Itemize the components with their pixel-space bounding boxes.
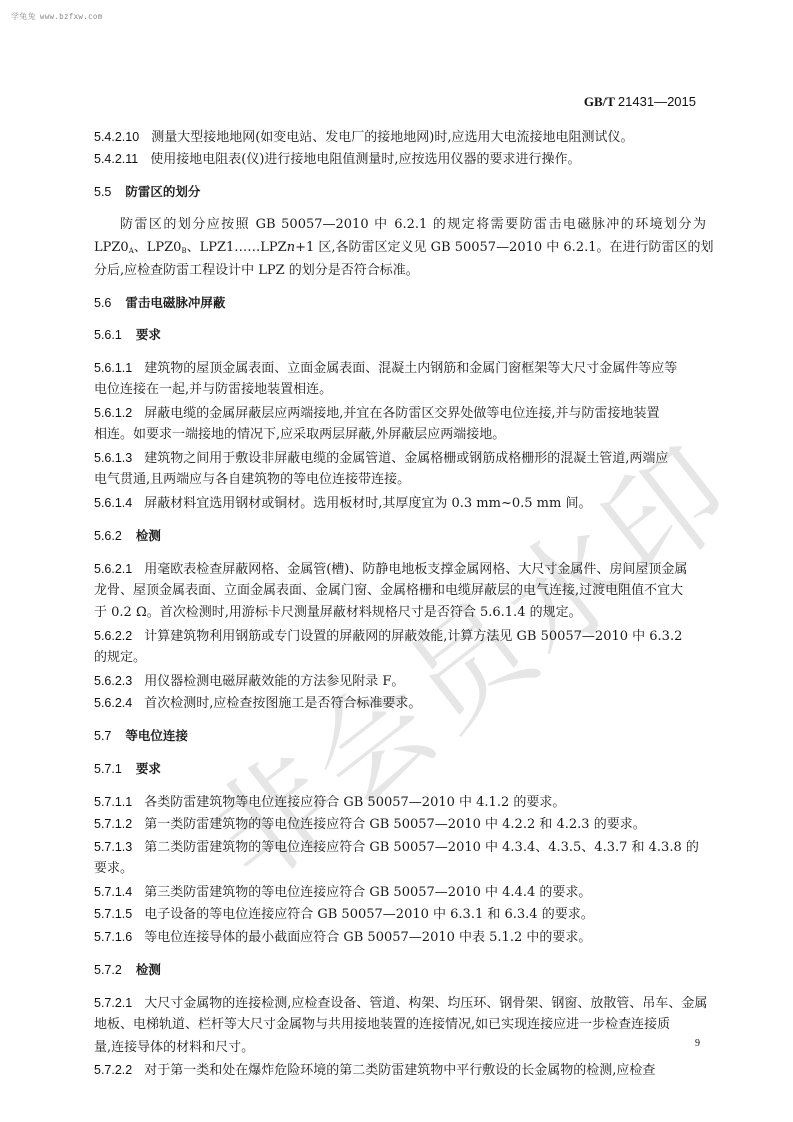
clause-text: 屏蔽材料宜选用钢材或铜材。选用板材时,其厚度宜为 0.3 mm~0.5 mm 间… bbox=[144, 496, 591, 511]
clause-number: 5.6.1.1 bbox=[94, 361, 132, 375]
clause-text: 等电位连接导体的最小截面应符合 GB 50057—2010 中表 5.1.2 中… bbox=[144, 930, 591, 945]
site-name: 学兔兔 bbox=[11, 12, 36, 21]
clause-number: 5.6.1.2 bbox=[94, 406, 132, 420]
clause-number: 5.7.2.2 bbox=[94, 1063, 132, 1077]
section-title: 检测 bbox=[136, 962, 161, 977]
section-title: 雷击电磁脉冲屏蔽 bbox=[125, 295, 225, 310]
clause-text: 测量大型接地地网(如变电站、发电厂的接地地网)时,应选用大电流接地电阻测试仪。 bbox=[151, 130, 633, 145]
clause-5-7-1-3: 5.7.1.3第二类防雷建筑物的等电位连接应符合 GB 50057—2010 中… bbox=[94, 836, 699, 860]
clause-number: 5.7.1.5 bbox=[94, 907, 132, 921]
clause-5-7-2-2: 5.7.2.2对于第一类和处在爆炸危险环境的第二类防雷建筑物中平行敷设的长金属物… bbox=[94, 1059, 655, 1083]
clause-text: 第一类防雷建筑物的等电位连接应符合 GB 50057—2010 中 4.2.2 … bbox=[144, 817, 645, 832]
clause-5-7-1-4: 5.7.1.4第三类防雷建筑物的等电位连接应符合 GB 50057—2010 中… bbox=[94, 881, 591, 905]
clause-text: 用毫欧表检查屏蔽网格、金属管(槽)、防静电地板支撑金属网格、大尺寸金属件、房间屋… bbox=[144, 562, 687, 577]
standard-code-header: GB/T 21431—2015 bbox=[584, 94, 696, 110]
site-tag: 学兔兔www.bzfxw.com bbox=[11, 11, 103, 22]
section-number: 5.7.1 bbox=[94, 762, 122, 776]
clause-text: 建筑物的屋顶金属表面、立面金属表面、混凝土内钢筋和金属门窗框架等大尺寸金属件等应… bbox=[144, 361, 677, 376]
clause-number: 5.4.2.11 bbox=[94, 152, 138, 166]
clause-number: 5.6.1.4 bbox=[94, 496, 132, 510]
clause-number: 5.4.2.10 bbox=[94, 130, 139, 144]
section-heading-5-6-1: 5.6.1要求 bbox=[94, 324, 161, 347]
section-heading-5-6: 5.6雷击电磁脉冲屏蔽 bbox=[94, 292, 225, 315]
paragraph-5-5-line-2: LPZ0A、LPZ0B、LPZ1……LPZn+1 区,各防雷区定义见 GB 50… bbox=[94, 237, 706, 263]
paragraph-5-5-line-3: 分后,应检查防雷工程设计中 LPZ 的划分是否符合标准。 bbox=[94, 260, 419, 283]
clause-5-6-1-3-cont: 电气贯通,且两端应与各自建筑物的等电位连接带连接。 bbox=[94, 469, 410, 492]
clause-number: 5.7.1.2 bbox=[94, 817, 132, 831]
clause-5-6-2-1-cont-2: 于 0.2 Ω。首次检测时,用游标卡尺测量屏蔽材料规格尺寸是否符合 5.6.1.… bbox=[94, 602, 582, 625]
text: LPZ0 bbox=[94, 240, 129, 255]
clause-5-6-1-4: 5.6.1.4屏蔽材料宜选用钢材或铜材。选用板材时,其厚度宜为 0.3 mm~0… bbox=[94, 492, 591, 516]
clause-5-7-1-6: 5.7.1.6等电位连接导体的最小截面应符合 GB 50057—2010 中表 … bbox=[94, 926, 591, 950]
section-number: 5.7 bbox=[94, 729, 111, 743]
clause-5-7-2-1-cont-1: 地板、电梯轨道、栏杆等大尺寸金属物与共用接地装置的连接情况,如已实现连接应进一步… bbox=[94, 1014, 670, 1037]
section-number: 5.6.2 bbox=[94, 529, 122, 543]
section-title: 防雷区的划分 bbox=[125, 184, 200, 199]
section-number: 5.6 bbox=[94, 296, 111, 310]
clause-number: 5.6.2.4 bbox=[94, 696, 132, 710]
section-title: 检测 bbox=[136, 528, 161, 543]
page-number: 9 bbox=[695, 1038, 700, 1049]
site-url: www.bzfxw.com bbox=[40, 12, 103, 21]
clause-5-6-1-2-cont: 相连。如要求一端接地的情况下,应采取两层屏蔽,外屏蔽层应两端接地。 bbox=[94, 424, 505, 447]
section-number: 5.5 bbox=[94, 185, 111, 199]
section-heading-5-7: 5.7等电位连接 bbox=[94, 725, 188, 748]
section-title: 等电位连接 bbox=[125, 728, 188, 743]
clause-5-7-1-2: 5.7.1.2第一类防雷建筑物的等电位连接应符合 GB 50057—2010 中… bbox=[94, 813, 646, 837]
clause-5-6-2-1-cont-1: 龙骨、屋顶金属表面、立面金属表面、金属门窗、金属格栅和电缆屏蔽层的电气连接,过渡… bbox=[94, 580, 683, 603]
clause-5-7-1-3-cont: 要求。 bbox=[94, 858, 133, 881]
clause-text: 第三类防雷建筑物的等电位连接应符合 GB 50057—2010 中 4.4.4 … bbox=[144, 885, 591, 900]
text: 、LPZ1……LPZ bbox=[187, 240, 287, 255]
standard-number: 21431—2015 bbox=[618, 94, 696, 109]
clause-5-6-2-3: 5.6.2.3用仪器检测电磁屏蔽效能的方法参见附录 F。 bbox=[94, 670, 404, 694]
section-number: 5.6.1 bbox=[94, 328, 122, 342]
clause-5-4-2-10: 5.4.2.10测量大型接地地网(如变电站、发电厂的接地地网)时,应选用大电流接… bbox=[94, 126, 633, 150]
clause-5-6-1-3: 5.6.1.3建筑物之间用于敷设非屏蔽电缆的金属管道、金属格栅或钢筋成格栅形的混… bbox=[94, 447, 668, 471]
standard-prefix: GB/T bbox=[584, 94, 615, 109]
clause-number: 5.6.1.3 bbox=[94, 451, 132, 465]
clause-number: 5.6.2.1 bbox=[94, 562, 132, 576]
text: 、LPZ0 bbox=[134, 240, 182, 255]
clause-text: 电子设备的等电位连接应符合 GB 50057—2010 中 6.3.1 和 6.… bbox=[144, 907, 593, 922]
clause-number: 5.7.1.4 bbox=[94, 885, 132, 899]
section-title: 要求 bbox=[136, 761, 161, 776]
clause-5-6-1-2: 5.6.1.2屏蔽电缆的金属屏蔽层应两端接地,并宜在各防雷区交界处做等电位连接,… bbox=[94, 402, 660, 426]
clause-5-6-1-1-cont: 电位连接在一起,并与防雷接地装置相连。 bbox=[94, 379, 332, 402]
section-number: 5.7.2 bbox=[94, 963, 122, 977]
clause-number: 5.6.2.3 bbox=[94, 674, 132, 688]
text: +1 区,各防雷区定义见 GB 50057—2010 中 6.2.1。在进行防雷… bbox=[295, 240, 713, 255]
clause-number: 5.7.1.3 bbox=[94, 840, 132, 854]
clause-text: 用仪器检测电磁屏蔽效能的方法参见附录 F。 bbox=[144, 674, 404, 689]
clause-text: 计算建筑物利用钢筋或专门设置的屏蔽网的屏蔽效能,计算方法见 GB 50057—2… bbox=[144, 629, 682, 644]
section-title: 要求 bbox=[136, 327, 161, 342]
clause-number: 5.7.2.1 bbox=[94, 996, 132, 1010]
clause-number: 5.7.1.6 bbox=[94, 930, 132, 944]
clause-5-7-2-1: 5.7.2.1大尺寸金属物的连接检测,应检查设备、管道、构架、均压环、钢骨架、钢… bbox=[94, 992, 707, 1016]
clause-5-7-1-5: 5.7.1.5电子设备的等电位连接应符合 GB 50057—2010 中 6.3… bbox=[94, 903, 594, 927]
clause-text: 各类防雷建筑物等电位连接应符合 GB 50057—2010 中 4.1.2 的要… bbox=[144, 795, 565, 810]
clause-5-6-2-2: 5.6.2.2计算建筑物利用钢筋或专门设置的屏蔽网的屏蔽效能,计算方法见 GB … bbox=[94, 625, 682, 649]
clause-5-4-2-11: 5.4.2.11使用接地电阻表(仪)进行接地电阻值测量时,应按选用仪器的要求进行… bbox=[94, 148, 581, 172]
clause-5-6-2-1: 5.6.2.1用毫欧表检查屏蔽网格、金属管(槽)、防静电地板支撑金属网格、大尺寸… bbox=[94, 558, 687, 582]
clause-text: 大尺寸金属物的连接检测,应检查设备、管道、构架、均压环、钢骨架、钢窗、放散管、吊… bbox=[144, 996, 707, 1011]
clause-5-6-2-4: 5.6.2.4首次检测时,应检查按图施工是否符合标准要求。 bbox=[94, 692, 421, 716]
section-heading-5-6-2: 5.6.2检测 bbox=[94, 525, 161, 548]
clause-number: 5.6.2.2 bbox=[94, 629, 132, 643]
clause-text: 对于第一类和处在爆炸危险环境的第二类防雷建筑物中平行敷设的长金属物的检测,应检查 bbox=[144, 1063, 655, 1078]
clause-text: 首次检测时,应检查按图施工是否符合标准要求。 bbox=[144, 696, 421, 711]
section-heading-5-5: 5.5防雷区的划分 bbox=[94, 181, 200, 204]
paragraph-5-5-line-1: 防雷区的划分应按照 GB 50057—2010 中 6.2.1 的规定将需要防雷… bbox=[94, 214, 706, 237]
clause-5-7-1-1: 5.7.1.1各类防雷建筑物等电位连接应符合 GB 50057—2010 中 4… bbox=[94, 791, 565, 815]
section-heading-5-7-1: 5.7.1要求 bbox=[94, 758, 161, 781]
italic-n: n bbox=[287, 240, 295, 255]
clause-text: 屏蔽电缆的金属屏蔽层应两端接地,并宜在各防雷区交界处做等电位连接,并与防雷接地装… bbox=[144, 406, 659, 421]
clause-text: 建筑物之间用于敷设非屏蔽电缆的金属管道、金属格栅或钢筋成格栅形的混凝土管道,两端… bbox=[144, 451, 668, 466]
clause-5-6-1-1: 5.6.1.1建筑物的屋顶金属表面、立面金属表面、混凝土内钢筋和金属门窗框架等大… bbox=[94, 357, 677, 381]
clause-text: 第二类防雷建筑物的等电位连接应符合 GB 50057—2010 中 4.3.4、… bbox=[144, 840, 699, 855]
section-heading-5-7-2: 5.7.2检测 bbox=[94, 959, 161, 982]
clause-5-7-2-1-cont-2: 量,连接导体的材料和尺寸。 bbox=[94, 1037, 254, 1060]
clause-number: 5.7.1.1 bbox=[94, 795, 132, 809]
clause-5-6-2-2-cont: 的规定。 bbox=[94, 647, 146, 670]
clause-text: 使用接地电阻表(仪)进行接地电阻值测量时,应按选用仪器的要求进行操作。 bbox=[150, 152, 580, 167]
